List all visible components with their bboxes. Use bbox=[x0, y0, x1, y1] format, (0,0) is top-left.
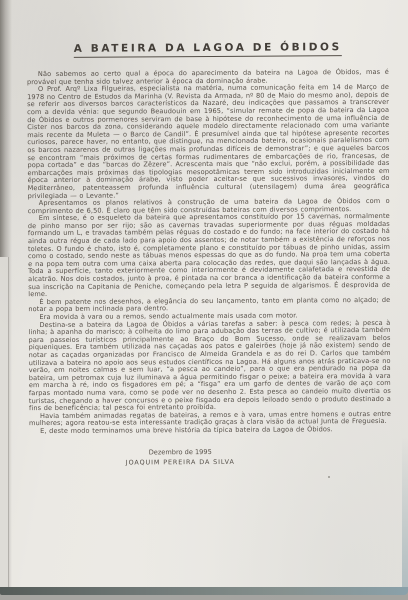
paragraph: Em síntese, é o esqueleto da bateira que… bbox=[28, 213, 391, 299]
underlying-page-edge bbox=[0, 257, 9, 587]
paragraph: E, deste modo terminamos uma breve histó… bbox=[29, 426, 391, 436]
date-line: Dezembro de 1995 bbox=[0, 447, 361, 457]
author-signature: JOAQUIM PEREIRA DA SILVA bbox=[0, 457, 361, 467]
paragraph: Destina-se a bateira da Lagoa de Óbidos … bbox=[28, 319, 391, 412]
paragraph: O Prof. Arqº Lixa Filgueiras, especialis… bbox=[27, 84, 390, 200]
scanned-page: A BATEIRA DA LAGOA DE ÓBIDOS Não sabemos… bbox=[0, 0, 408, 600]
page-bottom-edge bbox=[0, 587, 408, 595]
title-row: A BATEIRA DA LAGOA DE ÓBIDOS bbox=[27, 35, 389, 58]
page-title: A BATEIRA DA LAGOA DE ÓBIDOS bbox=[74, 41, 342, 58]
page-right-edge-tint bbox=[402, 437, 408, 587]
document-body: Não sabemos ao certo qual a época do apa… bbox=[27, 69, 391, 436]
dust-speck bbox=[328, 476, 330, 478]
signature-block: Dezembro de 1995 JOAQUIM PEREIRA DA SILV… bbox=[0, 447, 361, 467]
document-content: A BATEIRA DA LAGOA DE ÓBIDOS Não sabemos… bbox=[27, 35, 392, 467]
